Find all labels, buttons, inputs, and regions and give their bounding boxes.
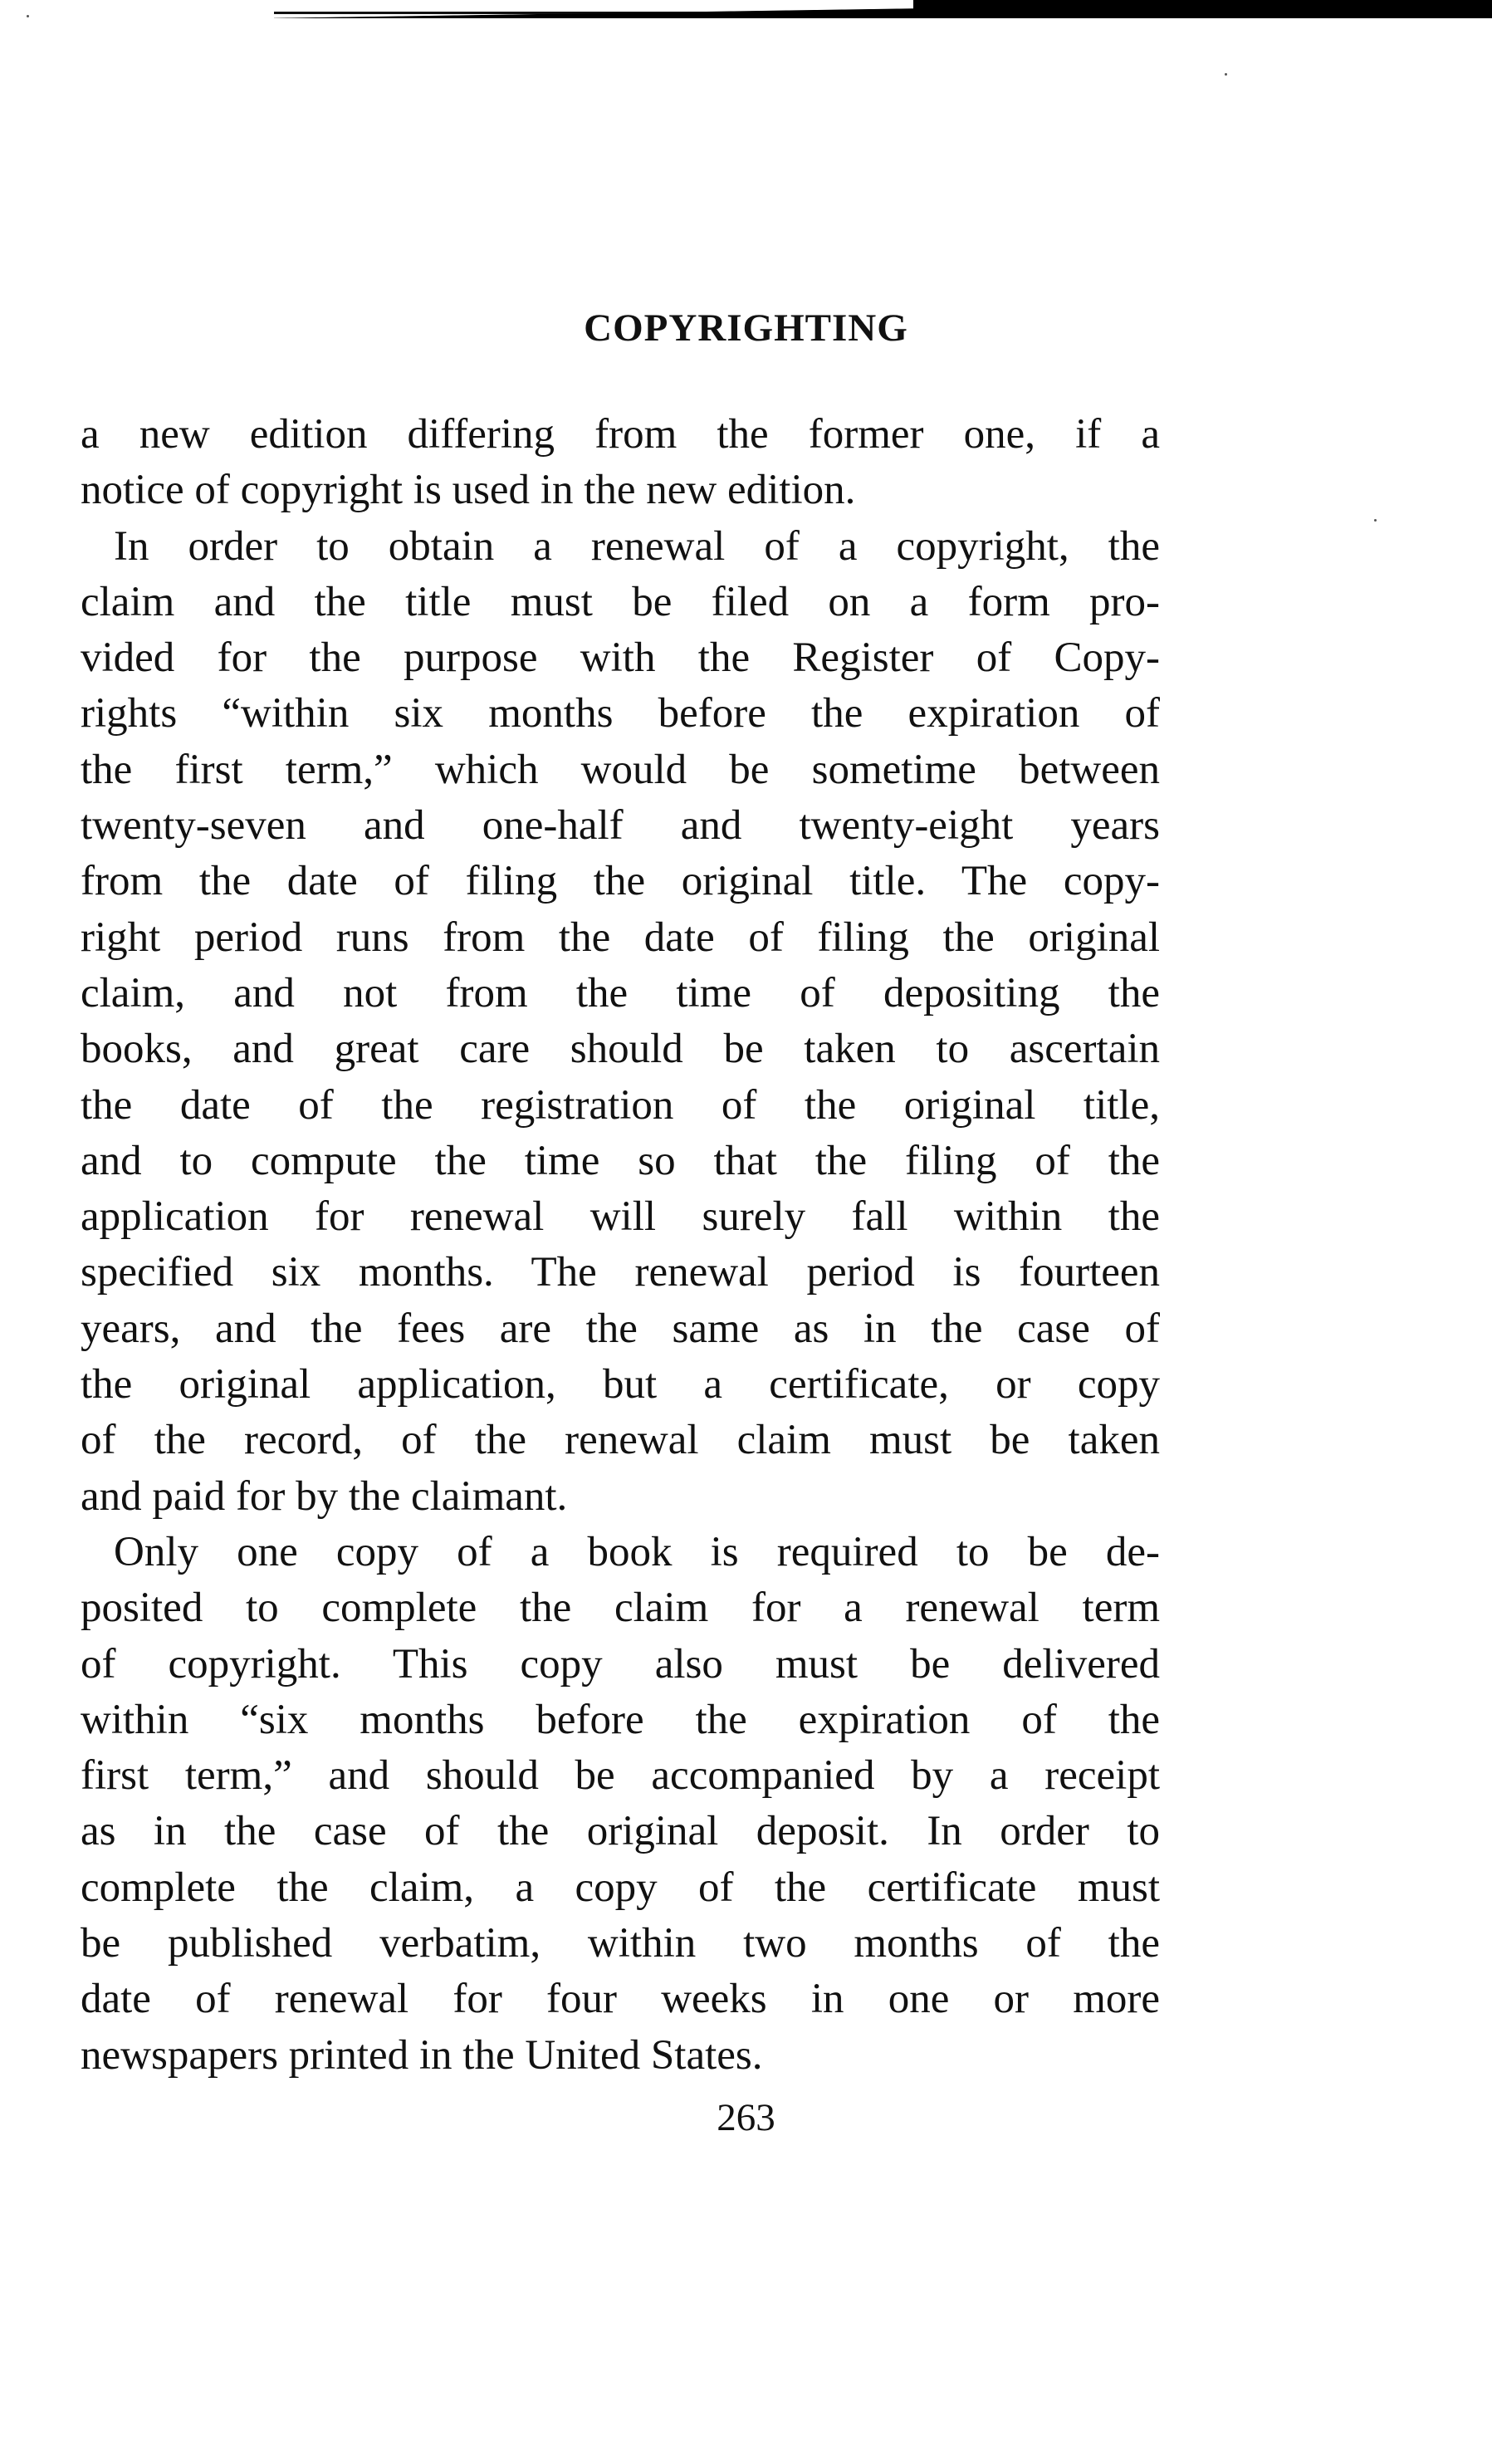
page-body: a new edition differing from the former …: [81, 407, 1160, 2084]
scan-speck: [1225, 73, 1227, 76]
text-line: be published verbatim, within two months…: [81, 1916, 1160, 1972]
text-line: posited to complete the claim for a rene…: [81, 1580, 1160, 1636]
text-line: of the record, of the renewal claim must…: [81, 1413, 1160, 1468]
text-line: Only one copy of a book is required to b…: [81, 1525, 1160, 1580]
text-line: years, and the fees are the same as in t…: [81, 1301, 1160, 1357]
text-line: and paid for by the claimant.: [81, 1469, 1160, 1525]
text-line: application for renewal will surely fall…: [81, 1189, 1160, 1245]
text-line: twenty-seven and one-half and twenty-eig…: [81, 798, 1160, 854]
text-line: date of renewal for four weeks in one or…: [81, 1972, 1160, 2027]
text-line: rights “within six months before the exp…: [81, 686, 1160, 742]
text-line: a new edition differing from the former …: [81, 407, 1160, 463]
text-line: specified six months. The renewal period…: [81, 1245, 1160, 1301]
text-line: vided for the purpose with the Register …: [81, 630, 1160, 686]
scan-speck: [27, 15, 29, 17]
text-line: the date of the registration of the orig…: [81, 1078, 1160, 1134]
text-line: claim and the title must be filed on a f…: [81, 575, 1160, 630]
text-line: the first term,” which would be sometime…: [81, 742, 1160, 798]
text-line: claim, and not from the time of depositi…: [81, 966, 1160, 1021]
page-number: 263: [0, 2093, 1492, 2143]
running-header: COPYRIGHTING: [0, 303, 1492, 353]
text-line: as in the case of the original deposit. …: [81, 1804, 1160, 1859]
text-line: of copyright. This copy also must be del…: [81, 1637, 1160, 1692]
scan-edge-shadow-bar: [913, 0, 1492, 12]
text-line: complete the claim, a copy of the certif…: [81, 1860, 1160, 1916]
scan-speck: [1374, 519, 1377, 522]
text-line: In order to obtain a renewal of a copyri…: [81, 519, 1160, 575]
text-line: books, and great care should be taken to…: [81, 1021, 1160, 1077]
text-line: within “six months before the expiration…: [81, 1692, 1160, 1748]
text-line: right period runs from the date of filin…: [81, 910, 1160, 966]
text-line: from the date of filing the original tit…: [81, 854, 1160, 909]
text-line: notice of copyright is used in the new e…: [81, 463, 1160, 518]
text-line: and to compute the time so that the fili…: [81, 1134, 1160, 1189]
text-line: the original application, but a certific…: [81, 1357, 1160, 1413]
text-line: first term,” and should be accompanied b…: [81, 1748, 1160, 1804]
text-line: newspapers printed in the United States.: [81, 2028, 1160, 2084]
